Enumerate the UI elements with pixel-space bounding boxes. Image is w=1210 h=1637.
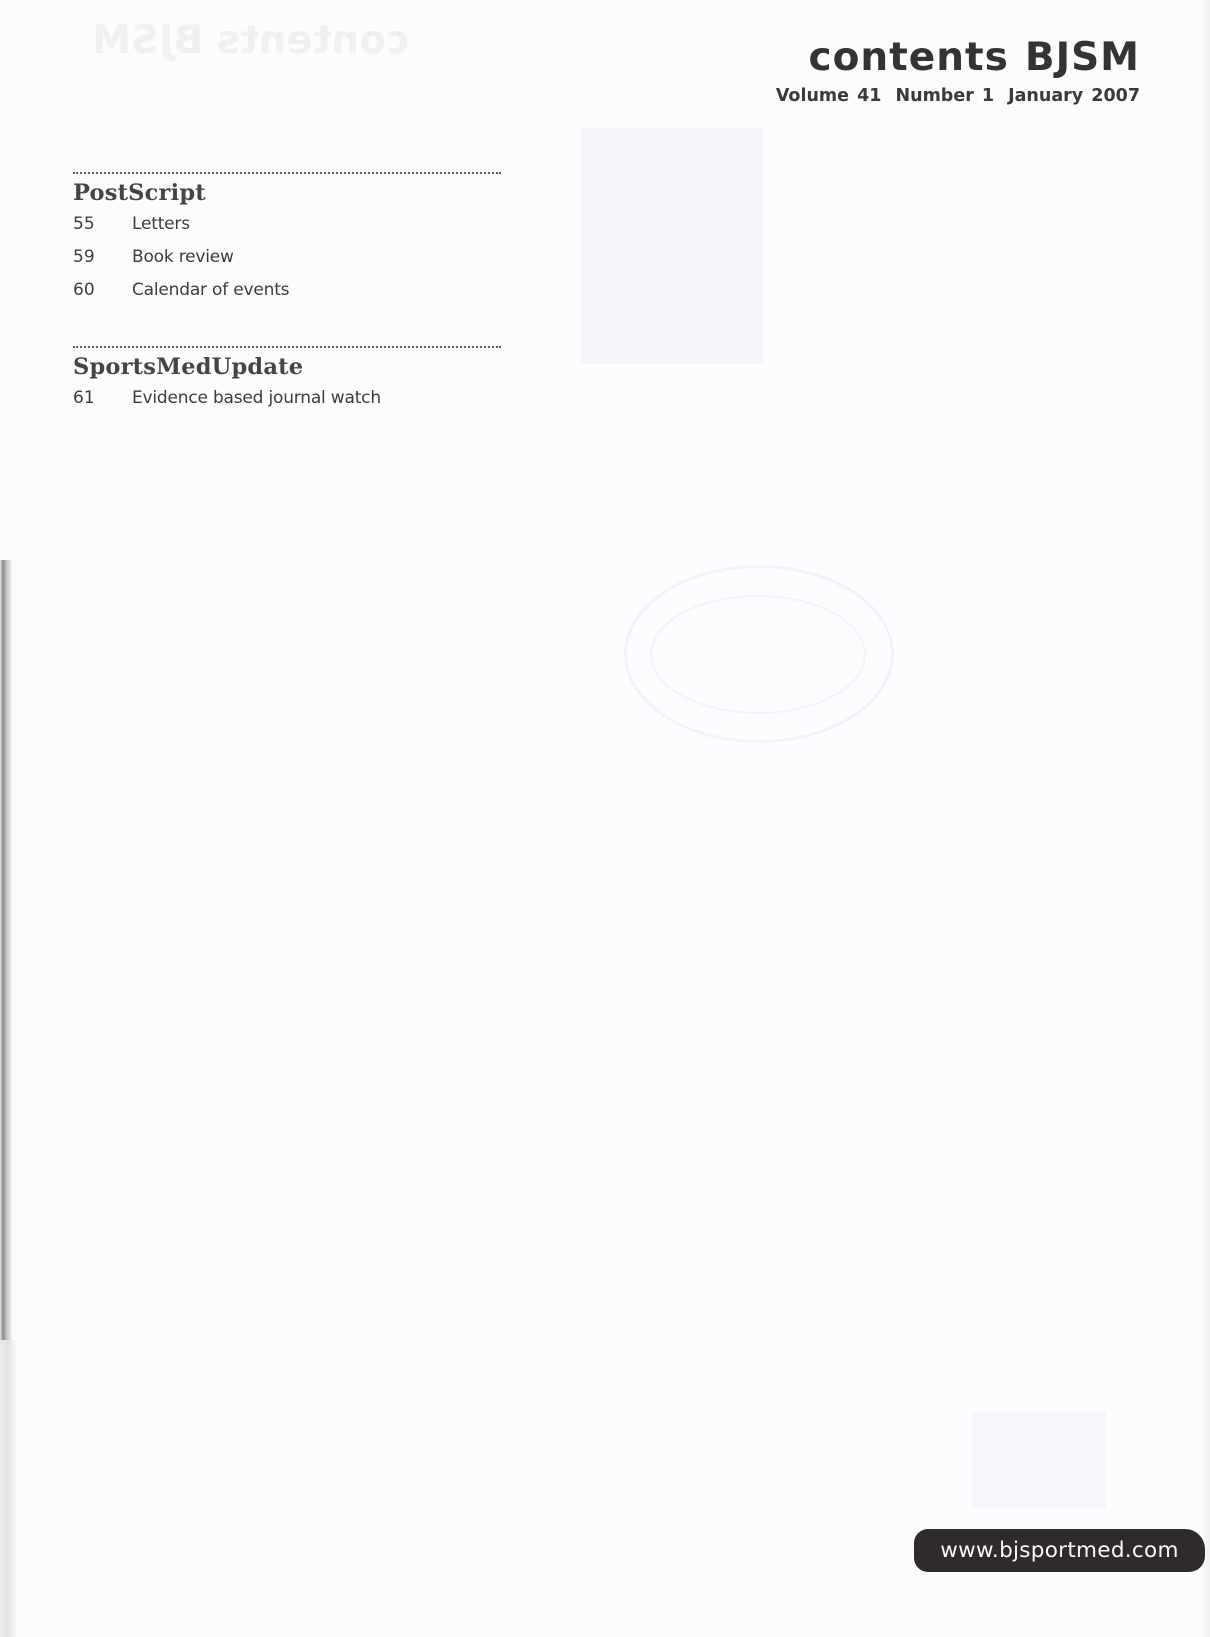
section-heading: PostScript — [73, 180, 503, 206]
page-binding-edge — [0, 1340, 16, 1637]
toc-entry-letters[interactable]: 55 Letters — [73, 208, 503, 241]
toc-section-sportsmedupdate: SportsMedUpdate 61 Evidence based journa… — [73, 346, 503, 415]
show-through-masthead: contents BJSM — [92, 18, 409, 63]
dotted-divider — [73, 172, 501, 174]
masthead: contentsBJSM Volume 41Number 1January 20… — [776, 38, 1140, 106]
toc-page-number: 61 — [73, 382, 132, 415]
toc-entry-title: Letters — [132, 208, 190, 241]
toc-entry-book-review[interactable]: 59 Book review — [73, 241, 503, 274]
toc-section-postscript: PostScript 55 Letters 59 Book review 60 … — [73, 172, 503, 307]
toc-page-number: 59 — [73, 241, 132, 274]
issue-volume: Volume 41 — [776, 86, 882, 106]
toc-entry-title: Book review — [132, 241, 234, 274]
page-right-edge — [1200, 0, 1210, 1637]
issue-info: Volume 41Number 1January 2007 — [776, 86, 1140, 106]
show-through-cover-image — [581, 128, 763, 364]
issue-number: Number 1 — [895, 86, 994, 106]
journal-website-link[interactable]: www.bjsportmed.com — [914, 1529, 1205, 1572]
toc-entry-title: Evidence based journal watch — [132, 382, 381, 415]
toc-entry-calendar-of-events[interactable]: 60 Calendar of events — [73, 274, 503, 307]
dotted-divider — [73, 346, 501, 348]
title-word: contents — [808, 35, 1008, 80]
toc-entry-evidence-based-journal-watch[interactable]: 61 Evidence based journal watch — [73, 382, 503, 415]
toc-entry-title: Calendar of events — [132, 274, 289, 307]
toc-page-number: 55 — [73, 208, 132, 241]
page-title: contentsBJSM — [776, 38, 1140, 77]
section-heading: SportsMedUpdate — [73, 354, 503, 380]
issue-date: January 2007 — [1008, 86, 1140, 106]
show-through-library-stamp-inner — [650, 595, 866, 714]
show-through-logo — [972, 1412, 1106, 1508]
toc-page-number: 60 — [73, 274, 132, 307]
journal-abbrev: BJSM — [1025, 35, 1140, 80]
